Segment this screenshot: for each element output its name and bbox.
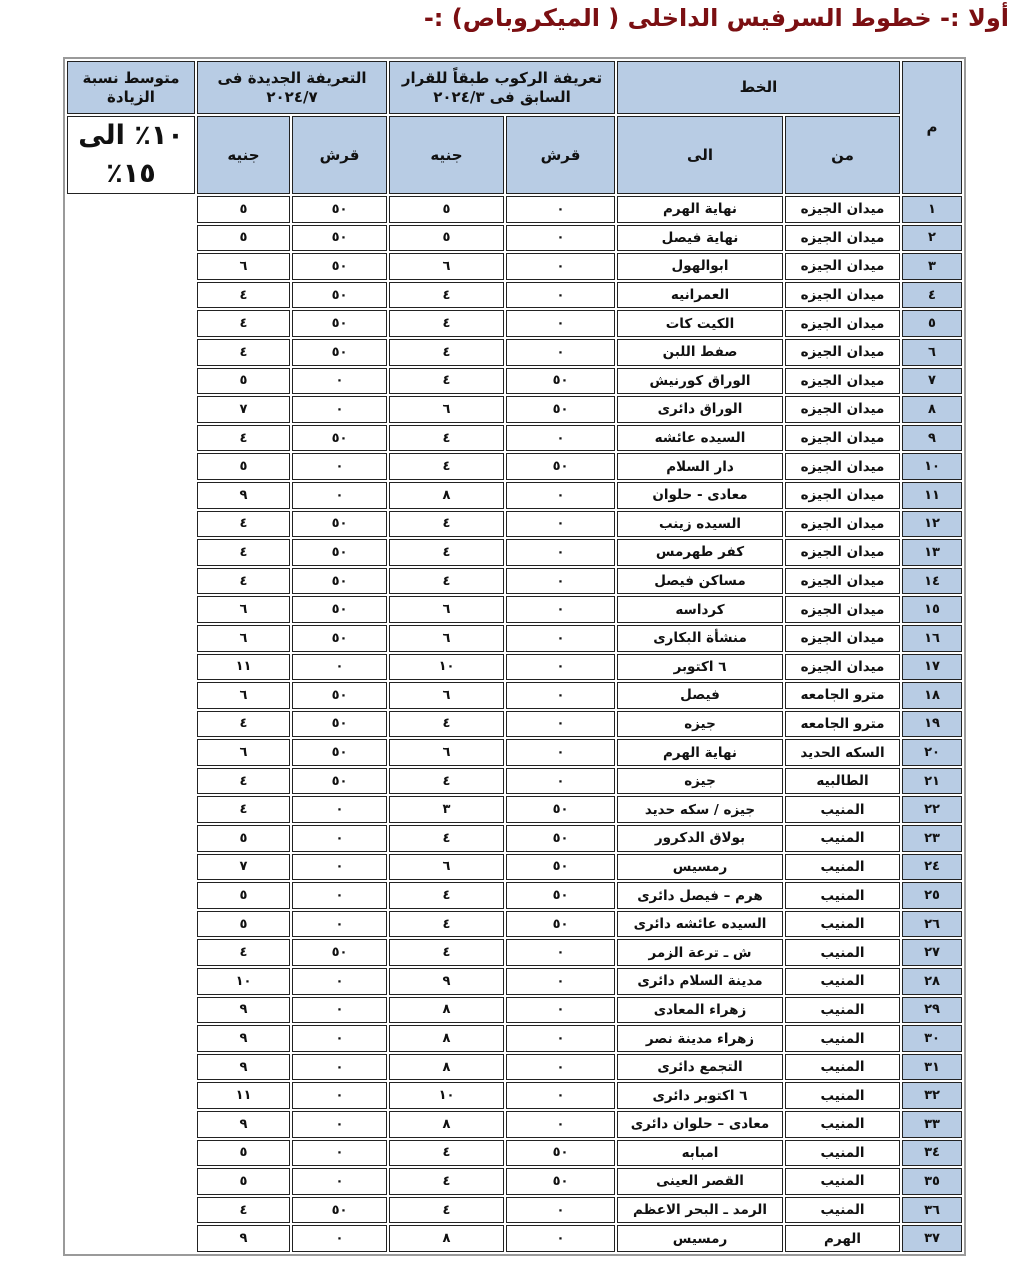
row-old-qirsh: ٥٠ bbox=[506, 368, 615, 395]
row-new-qirsh: ٥٠ bbox=[292, 511, 387, 538]
row-number: ٢٨ bbox=[902, 968, 962, 995]
row-new-qirsh: ٠ bbox=[292, 796, 387, 823]
row-new-qirsh: ٠ bbox=[292, 654, 387, 681]
row-new-pound: ١٠ bbox=[197, 968, 290, 995]
row-new-qirsh: ٠ bbox=[292, 1111, 387, 1138]
row-number: ٢٠ bbox=[902, 739, 962, 766]
row-from: الهرم bbox=[785, 1225, 900, 1252]
table-row: ١٦ميدان الجيزهمنشأة البكارى٠٦٥٠٦ bbox=[67, 625, 962, 652]
table-row: ٣٦المنيبالرمد ـ البحر الاعظم٠٤٥٠٤ bbox=[67, 1197, 962, 1224]
row-old-qirsh: ٠ bbox=[506, 739, 615, 766]
row-old-qirsh: ٠ bbox=[506, 539, 615, 566]
row-to: الوراق كورنيش bbox=[617, 368, 783, 395]
row-number: ١٥ bbox=[902, 596, 962, 623]
row-new-qirsh: ٥٠ bbox=[292, 625, 387, 652]
row-number: ٢٣ bbox=[902, 825, 962, 852]
row-number: ٨ bbox=[902, 396, 962, 423]
row-number: ٢٦ bbox=[902, 911, 962, 938]
table-row: ٣٣المنيبمعادى – حلوان دائرى٠٨٠٩ bbox=[67, 1111, 962, 1138]
row-new-qirsh: ٠ bbox=[292, 1025, 387, 1052]
row-number: ٣٠ bbox=[902, 1025, 962, 1052]
row-new-qirsh: ٠ bbox=[292, 968, 387, 995]
row-from: ميدان الجيزه bbox=[785, 310, 900, 337]
row-new-pound: ٩ bbox=[197, 997, 290, 1024]
row-new-pound: ٦ bbox=[197, 682, 290, 709]
row-new-qirsh: ٠ bbox=[292, 396, 387, 423]
table-row: ١٧ميدان الجيزه٦ اكتوبر٠١٠٠١١ bbox=[67, 654, 962, 681]
row-old-pound: ٨ bbox=[389, 997, 504, 1024]
row-number: ٧ bbox=[902, 368, 962, 395]
row-old-qirsh: ٠ bbox=[506, 654, 615, 681]
row-new-pound: ٥ bbox=[197, 882, 290, 909]
row-new-pound: ٤ bbox=[197, 425, 290, 452]
row-new-pound: ٥ bbox=[197, 825, 290, 852]
row-old-pound: ١٠ bbox=[389, 1082, 504, 1109]
row-from: المنيب bbox=[785, 968, 900, 995]
row-to: السيده زينب bbox=[617, 511, 783, 538]
row-new-qirsh: ٥٠ bbox=[292, 939, 387, 966]
row-number: ٦ bbox=[902, 339, 962, 366]
row-number: ٣ bbox=[902, 253, 962, 280]
row-new-pound: ٧ bbox=[197, 396, 290, 423]
row-from: ميدان الجيزه bbox=[785, 339, 900, 366]
row-to: فيصل bbox=[617, 682, 783, 709]
row-old-qirsh: ٠ bbox=[506, 282, 615, 309]
row-old-pound: ٨ bbox=[389, 1025, 504, 1052]
row-number: ٥ bbox=[902, 310, 962, 337]
row-old-pound: ٦ bbox=[389, 396, 504, 423]
table-row: ٣١المنيبالتجمع دائرى٠٨٠٩ bbox=[67, 1054, 962, 1081]
row-old-qirsh: ٠ bbox=[506, 997, 615, 1024]
row-new-qirsh: ٠ bbox=[292, 1082, 387, 1109]
row-to: القصر العينى bbox=[617, 1168, 783, 1195]
table-row: ١٢ميدان الجيزهالسيده زينب٠٤٥٠٤ bbox=[67, 511, 962, 538]
row-to: دار السلام bbox=[617, 453, 783, 480]
header-new-tariff: التعريفة الجديدة فى ٢٠٢٤/٧ bbox=[197, 61, 387, 114]
row-new-qirsh: ٠ bbox=[292, 368, 387, 395]
row-number: ١٠ bbox=[902, 453, 962, 480]
header-row-sub: من الى قرش جنيه قرش جنيه ١٠٪ الى ١٥٪ bbox=[67, 116, 962, 194]
row-from: ميدان الجيزه bbox=[785, 568, 900, 595]
table-row: ١٥ميدان الجيزهكرداسه٠٦٥٠٦ bbox=[67, 596, 962, 623]
row-to: نهاية الهرم bbox=[617, 196, 783, 223]
header-num: م bbox=[902, 61, 962, 194]
row-to: مساكن فيصل bbox=[617, 568, 783, 595]
row-new-qirsh: ٠ bbox=[292, 854, 387, 881]
row-to: ٦ اكتوبر دائرى bbox=[617, 1082, 783, 1109]
row-new-pound: ٩ bbox=[197, 1025, 290, 1052]
row-new-pound: ٤ bbox=[197, 539, 290, 566]
table-row: ١٩مترو الجامعهجيزه٠٤٥٠٤ bbox=[67, 711, 962, 738]
row-old-pound: ٤ bbox=[389, 1197, 504, 1224]
row-new-pound: ١١ bbox=[197, 1082, 290, 1109]
row-from: المنيب bbox=[785, 825, 900, 852]
row-to: منشأة البكارى bbox=[617, 625, 783, 652]
row-new-pound: ٩ bbox=[197, 1225, 290, 1252]
row-old-qirsh: ٥٠ bbox=[506, 854, 615, 881]
row-to: التجمع دائرى bbox=[617, 1054, 783, 1081]
row-number: ٣٥ bbox=[902, 1168, 962, 1195]
row-from: ميدان الجيزه bbox=[785, 625, 900, 652]
row-number: ٤ bbox=[902, 282, 962, 309]
row-new-pound: ٩ bbox=[197, 1111, 290, 1138]
table-row: ٣٠المنيبزهراء مدينة نصر٠٨٠٩ bbox=[67, 1025, 962, 1052]
row-from: المنيب bbox=[785, 1197, 900, 1224]
row-old-pound: ٤ bbox=[389, 911, 504, 938]
row-new-qirsh: ٥٠ bbox=[292, 768, 387, 795]
row-old-pound: ٥ bbox=[389, 196, 504, 223]
table-row: ٣٢المنيب٦ اكتوبر دائرى٠١٠٠١١ bbox=[67, 1082, 962, 1109]
row-new-qirsh: ٠ bbox=[292, 1225, 387, 1252]
row-new-qirsh: ٠ bbox=[292, 453, 387, 480]
table-row: ١٣ميدان الجيزهكفر طهرمس٠٤٥٠٤ bbox=[67, 539, 962, 566]
table-row: ٢٩المنيبزهراء المعادى٠٨٠٩ bbox=[67, 997, 962, 1024]
row-old-pound: ٨ bbox=[389, 1054, 504, 1081]
row-old-qirsh: ٠ bbox=[506, 1111, 615, 1138]
row-old-pound: ٤ bbox=[389, 768, 504, 795]
row-from: مترو الجامعه bbox=[785, 711, 900, 738]
table-row: ٢٣المنيببولاق الدكرور٥٠٤٠٥ bbox=[67, 825, 962, 852]
table-row: ١١ميدان الجيزهمعادى - حلوان٠٨٠٩ bbox=[67, 482, 962, 509]
row-old-qirsh: ٠ bbox=[506, 310, 615, 337]
row-to: رمسيس bbox=[617, 1225, 783, 1252]
row-new-pound: ٥ bbox=[197, 453, 290, 480]
row-old-pound: ٤ bbox=[389, 425, 504, 452]
row-old-pound: ٤ bbox=[389, 539, 504, 566]
row-new-pound: ٤ bbox=[197, 796, 290, 823]
row-new-pound: ٦ bbox=[197, 625, 290, 652]
row-number: ٢٧ bbox=[902, 939, 962, 966]
row-old-pound: ٣ bbox=[389, 796, 504, 823]
row-from: السكه الحديد bbox=[785, 739, 900, 766]
row-number: ١ bbox=[902, 196, 962, 223]
row-old-qirsh: ٠ bbox=[506, 253, 615, 280]
row-old-pound: ٨ bbox=[389, 1225, 504, 1252]
row-new-qirsh: ٠ bbox=[292, 1140, 387, 1167]
row-from: المنيب bbox=[785, 911, 900, 938]
table-row: ٧ميدان الجيزهالوراق كورنيش٥٠٤٠٥ bbox=[67, 368, 962, 395]
row-to: جيزه / سكه حديد bbox=[617, 796, 783, 823]
header-from: من bbox=[785, 116, 900, 194]
row-old-qirsh: ٠ bbox=[506, 1197, 615, 1224]
row-old-pound: ٦ bbox=[389, 682, 504, 709]
row-to: السيده عائشه bbox=[617, 425, 783, 452]
row-new-qirsh: ٠ bbox=[292, 911, 387, 938]
row-old-qirsh: ٠ bbox=[506, 511, 615, 538]
header-old-tariff: تعريفة الركوب طبقاً للقرار السابق فى ٢٠٢… bbox=[389, 61, 615, 114]
table-row: ١٠ميدان الجيزهدار السلام٥٠٤٠٥ bbox=[67, 453, 962, 480]
row-new-qirsh: ٥٠ bbox=[292, 739, 387, 766]
row-old-qirsh: ٠ bbox=[506, 625, 615, 652]
row-old-pound: ٤ bbox=[389, 939, 504, 966]
row-old-pound: ٦ bbox=[389, 854, 504, 881]
row-from: ميدان الجيزه bbox=[785, 196, 900, 223]
row-from: ميدان الجيزه bbox=[785, 596, 900, 623]
row-to: السيده عائشه دائرى bbox=[617, 911, 783, 938]
row-old-qirsh: ٠ bbox=[506, 682, 615, 709]
table-row: ٢٠السكه الحديدنهاية الهرم٠٦٥٠٦ bbox=[67, 739, 962, 766]
row-from: ميدان الجيزه bbox=[785, 654, 900, 681]
row-from: ميدان الجيزه bbox=[785, 225, 900, 252]
table-row: ٢١الطالبيهجيزه٠٤٥٠٤ bbox=[67, 768, 962, 795]
row-old-pound: ٤ bbox=[389, 1168, 504, 1195]
row-number: ١٢ bbox=[902, 511, 962, 538]
row-number: ٣٢ bbox=[902, 1082, 962, 1109]
row-new-qirsh: ٥٠ bbox=[292, 196, 387, 223]
row-to: ٦ اكتوبر bbox=[617, 654, 783, 681]
row-from: الطالبيه bbox=[785, 768, 900, 795]
table-row: ٢٢المنيبجيزه / سكه حديد٥٠٣٠٤ bbox=[67, 796, 962, 823]
row-to: زهراء المعادى bbox=[617, 997, 783, 1024]
row-old-qirsh: ٠ bbox=[506, 1082, 615, 1109]
table-row: ٢٧المنيبش ـ ترعة الزمر٠٤٥٠٤ bbox=[67, 939, 962, 966]
row-from: مترو الجامعه bbox=[785, 682, 900, 709]
row-to: الرمد ـ البحر الاعظم bbox=[617, 1197, 783, 1224]
row-new-qirsh: ٠ bbox=[292, 482, 387, 509]
row-new-pound: ٦ bbox=[197, 596, 290, 623]
row-old-qirsh: ٠ bbox=[506, 482, 615, 509]
row-number: ٢٤ bbox=[902, 854, 962, 881]
row-to: جيزه bbox=[617, 768, 783, 795]
row-old-qirsh: ٥٠ bbox=[506, 796, 615, 823]
table-row: ١٤ميدان الجيزهمساكن فيصل٠٤٥٠٤ bbox=[67, 568, 962, 595]
row-new-qirsh: ٠ bbox=[292, 1168, 387, 1195]
row-number: ١٧ bbox=[902, 654, 962, 681]
row-new-pound: ٤ bbox=[197, 282, 290, 309]
row-old-pound: ٨ bbox=[389, 1111, 504, 1138]
row-old-qirsh: ٠ bbox=[506, 196, 615, 223]
table-row: ٢٨المنيبمدينة السلام دائرى٠٩٠١٠ bbox=[67, 968, 962, 995]
row-old-pound: ١٠ bbox=[389, 654, 504, 681]
row-old-qirsh: ٠ bbox=[506, 596, 615, 623]
row-from: المنيب bbox=[785, 1054, 900, 1081]
row-old-qirsh: ٠ bbox=[506, 1225, 615, 1252]
row-from: المنيب bbox=[785, 1140, 900, 1167]
row-number: ٣٦ bbox=[902, 1197, 962, 1224]
row-old-pound: ٤ bbox=[389, 882, 504, 909]
row-new-pound: ٦ bbox=[197, 739, 290, 766]
table-row: ٣٤المنيبامبابه٥٠٤٠٥ bbox=[67, 1140, 962, 1167]
row-old-qirsh: ٠ bbox=[506, 711, 615, 738]
row-old-pound: ٩ bbox=[389, 968, 504, 995]
table-row: ٢ميدان الجيزهنهاية فيصل٠٥٥٠٥ bbox=[67, 225, 962, 252]
row-old-qirsh: ٠ bbox=[506, 568, 615, 595]
row-new-qirsh: ٠ bbox=[292, 1054, 387, 1081]
row-old-qirsh: ٠ bbox=[506, 225, 615, 252]
row-to: العمرانيه bbox=[617, 282, 783, 309]
table-row: ١ميدان الجيزهنهاية الهرم٠٥٥٠٥ bbox=[67, 196, 962, 223]
row-number: ٩ bbox=[902, 425, 962, 452]
fare-table-body: ١ميدان الجيزهنهاية الهرم٠٥٥٠٥٢ميدان الجي… bbox=[67, 196, 962, 1252]
table-row: ٢٤المنيبرمسيس٥٠٦٠٧ bbox=[67, 854, 962, 881]
row-old-pound: ٤ bbox=[389, 453, 504, 480]
row-to: مدينة السلام دائرى bbox=[617, 968, 783, 995]
row-number: ١٩ bbox=[902, 711, 962, 738]
row-from: المنيب bbox=[785, 1082, 900, 1109]
row-old-qirsh: ٠ bbox=[506, 1054, 615, 1081]
row-from: المنيب bbox=[785, 997, 900, 1024]
row-new-qirsh: ٥٠ bbox=[292, 1197, 387, 1224]
row-old-qirsh: ٠ bbox=[506, 939, 615, 966]
row-old-qirsh: ٥٠ bbox=[506, 1140, 615, 1167]
table-row: ٢٦المنيبالسيده عائشه دائرى٥٠٤٠٥ bbox=[67, 911, 962, 938]
row-to: الكيت كات bbox=[617, 310, 783, 337]
row-new-pound: ٦ bbox=[197, 253, 290, 280]
row-number: ١٨ bbox=[902, 682, 962, 709]
row-to: كرداسه bbox=[617, 596, 783, 623]
row-to: امبابه bbox=[617, 1140, 783, 1167]
row-old-pound: ٤ bbox=[389, 568, 504, 595]
row-new-qirsh: ٥٠ bbox=[292, 225, 387, 252]
row-new-pound: ٥ bbox=[197, 1140, 290, 1167]
row-old-pound: ٤ bbox=[389, 825, 504, 852]
row-new-qirsh: ٠ bbox=[292, 882, 387, 909]
table-row: ٩ميدان الجيزهالسيده عائشه٠٤٥٠٤ bbox=[67, 425, 962, 452]
row-from: ميدان الجيزه bbox=[785, 282, 900, 309]
row-new-qirsh: ٠ bbox=[292, 825, 387, 852]
row-number: ١٣ bbox=[902, 539, 962, 566]
row-old-qirsh: ٠ bbox=[506, 768, 615, 795]
row-old-qirsh: ٥٠ bbox=[506, 911, 615, 938]
table-row: ٨ميدان الجيزهالوراق دائرى٥٠٦٠٧ bbox=[67, 396, 962, 423]
table-row: ٣ميدان الجيزهابوالهول٠٦٥٠٦ bbox=[67, 253, 962, 280]
row-number: ٢٩ bbox=[902, 997, 962, 1024]
row-old-qirsh: ٠ bbox=[506, 968, 615, 995]
header-old-qirsh: قرش bbox=[506, 116, 615, 194]
row-to: ابوالهول bbox=[617, 253, 783, 280]
row-to: زهراء مدينة نصر bbox=[617, 1025, 783, 1052]
row-from: ميدان الجيزه bbox=[785, 253, 900, 280]
row-new-qirsh: ٥٠ bbox=[292, 682, 387, 709]
row-new-qirsh: ٥٠ bbox=[292, 339, 387, 366]
row-old-pound: ٤ bbox=[389, 339, 504, 366]
table-row: ١٨مترو الجامعهفيصل٠٦٥٠٦ bbox=[67, 682, 962, 709]
row-new-pound: ٩ bbox=[197, 1054, 290, 1081]
row-old-pound: ٤ bbox=[389, 310, 504, 337]
row-new-pound: ٩ bbox=[197, 482, 290, 509]
row-old-pound: ٦ bbox=[389, 739, 504, 766]
row-to: كفر طهرمس bbox=[617, 539, 783, 566]
document-title: أولا :- خطوط السرفيس الداخلى ( الميكروبا… bbox=[309, 4, 1009, 32]
row-to: رمسيس bbox=[617, 854, 783, 881]
row-new-pound: ٥ bbox=[197, 225, 290, 252]
row-new-qirsh: ٥٠ bbox=[292, 425, 387, 452]
row-old-pound: ٤ bbox=[389, 282, 504, 309]
fare-table-container: م الخط تعريفة الركوب طبقاً للقرار السابق… bbox=[63, 57, 966, 1256]
row-to: نهاية الهرم bbox=[617, 739, 783, 766]
row-old-pound: ٦ bbox=[389, 625, 504, 652]
row-number: ١١ bbox=[902, 482, 962, 509]
row-old-pound: ٤ bbox=[389, 511, 504, 538]
row-old-qirsh: ٥٠ bbox=[506, 453, 615, 480]
table-row: ٦ميدان الجيزهصفط اللبن٠٤٥٠٤ bbox=[67, 339, 962, 366]
row-from: ميدان الجيزه bbox=[785, 425, 900, 452]
row-to: معادى – حلوان دائرى bbox=[617, 1111, 783, 1138]
row-number: ٢٢ bbox=[902, 796, 962, 823]
row-to: معادى - حلوان bbox=[617, 482, 783, 509]
row-new-qirsh: ٥٠ bbox=[292, 568, 387, 595]
row-new-pound: ٥ bbox=[197, 911, 290, 938]
header-to: الى bbox=[617, 116, 783, 194]
row-old-pound: ٦ bbox=[389, 253, 504, 280]
row-to: بولاق الدكرور bbox=[617, 825, 783, 852]
table-row: ٥ميدان الجيزهالكيت كات٠٤٥٠٤ bbox=[67, 310, 962, 337]
fare-table: م الخط تعريفة الركوب طبقاً للقرار السابق… bbox=[65, 59, 964, 1254]
row-number: ١٦ bbox=[902, 625, 962, 652]
row-old-qirsh: ٥٠ bbox=[506, 1168, 615, 1195]
row-from: ميدان الجيزه bbox=[785, 453, 900, 480]
row-old-qirsh: ٠ bbox=[506, 1025, 615, 1052]
header-new-pound: جنيه bbox=[197, 116, 290, 194]
row-old-qirsh: ٥٠ bbox=[506, 882, 615, 909]
row-old-pound: ٤ bbox=[389, 711, 504, 738]
row-new-qirsh: ٥٠ bbox=[292, 596, 387, 623]
row-new-pound: ٤ bbox=[197, 711, 290, 738]
row-old-qirsh: ٥٠ bbox=[506, 825, 615, 852]
row-old-qirsh: ٠ bbox=[506, 425, 615, 452]
avg-increase-value: ١٠٪ الى ١٥٪ bbox=[67, 116, 195, 194]
row-from: ميدان الجيزه bbox=[785, 396, 900, 423]
row-new-pound: ٥ bbox=[197, 368, 290, 395]
row-new-pound: ٤ bbox=[197, 1197, 290, 1224]
row-new-pound: ٧ bbox=[197, 854, 290, 881]
row-old-pound: ٨ bbox=[389, 482, 504, 509]
row-from: المنيب bbox=[785, 1025, 900, 1052]
row-number: ١٤ bbox=[902, 568, 962, 595]
table-row: ٤ميدان الجيزهالعمرانيه٠٤٥٠٤ bbox=[67, 282, 962, 309]
row-to: الوراق دائرى bbox=[617, 396, 783, 423]
row-from: ميدان الجيزه bbox=[785, 482, 900, 509]
row-new-qirsh: ٠ bbox=[292, 997, 387, 1024]
row-from: ميدان الجيزه bbox=[785, 539, 900, 566]
row-from: المنيب bbox=[785, 939, 900, 966]
row-new-qirsh: ٥٠ bbox=[292, 539, 387, 566]
row-number: ٣٧ bbox=[902, 1225, 962, 1252]
row-new-qirsh: ٥٠ bbox=[292, 253, 387, 280]
row-old-pound: ٤ bbox=[389, 368, 504, 395]
row-new-pound: ٥ bbox=[197, 196, 290, 223]
row-new-pound: ٤ bbox=[197, 310, 290, 337]
row-new-qirsh: ٥٠ bbox=[292, 282, 387, 309]
row-from: المنيب bbox=[785, 1111, 900, 1138]
row-new-pound: ٤ bbox=[197, 568, 290, 595]
row-new-qirsh: ٥٠ bbox=[292, 310, 387, 337]
row-number: ٢٥ bbox=[902, 882, 962, 909]
row-number: ٣٤ bbox=[902, 1140, 962, 1167]
header-old-pound: جنيه bbox=[389, 116, 504, 194]
row-number: ٢ bbox=[902, 225, 962, 252]
row-from: المنيب bbox=[785, 796, 900, 823]
row-from: المنيب bbox=[785, 854, 900, 881]
row-from: ميدان الجيزه bbox=[785, 511, 900, 538]
row-to: ش ـ ترعة الزمر bbox=[617, 939, 783, 966]
row-old-pound: ٥ bbox=[389, 225, 504, 252]
row-new-pound: ٤ bbox=[197, 511, 290, 538]
table-row: ٢٥المنيبهرم – فيصل دائرى٥٠٤٠٥ bbox=[67, 882, 962, 909]
avg-increase-text: ١٠٪ الى ١٥٪ bbox=[78, 120, 184, 189]
row-to: جيزه bbox=[617, 711, 783, 738]
row-old-pound: ٤ bbox=[389, 1140, 504, 1167]
header-line: الخط bbox=[617, 61, 900, 114]
row-old-qirsh: ٠ bbox=[506, 339, 615, 366]
row-new-pound: ٤ bbox=[197, 939, 290, 966]
table-row: ٣٥المنيبالقصر العينى٥٠٤٠٥ bbox=[67, 1168, 962, 1195]
table-row: ٣٧الهرمرمسيس٠٨٠٩ bbox=[67, 1225, 962, 1252]
row-new-qirsh: ٥٠ bbox=[292, 711, 387, 738]
header-new-qirsh: قرش bbox=[292, 116, 387, 194]
header-avg-increase: متوسط نسبة الزيادة bbox=[67, 61, 195, 114]
row-new-pound: ٥ bbox=[197, 1168, 290, 1195]
